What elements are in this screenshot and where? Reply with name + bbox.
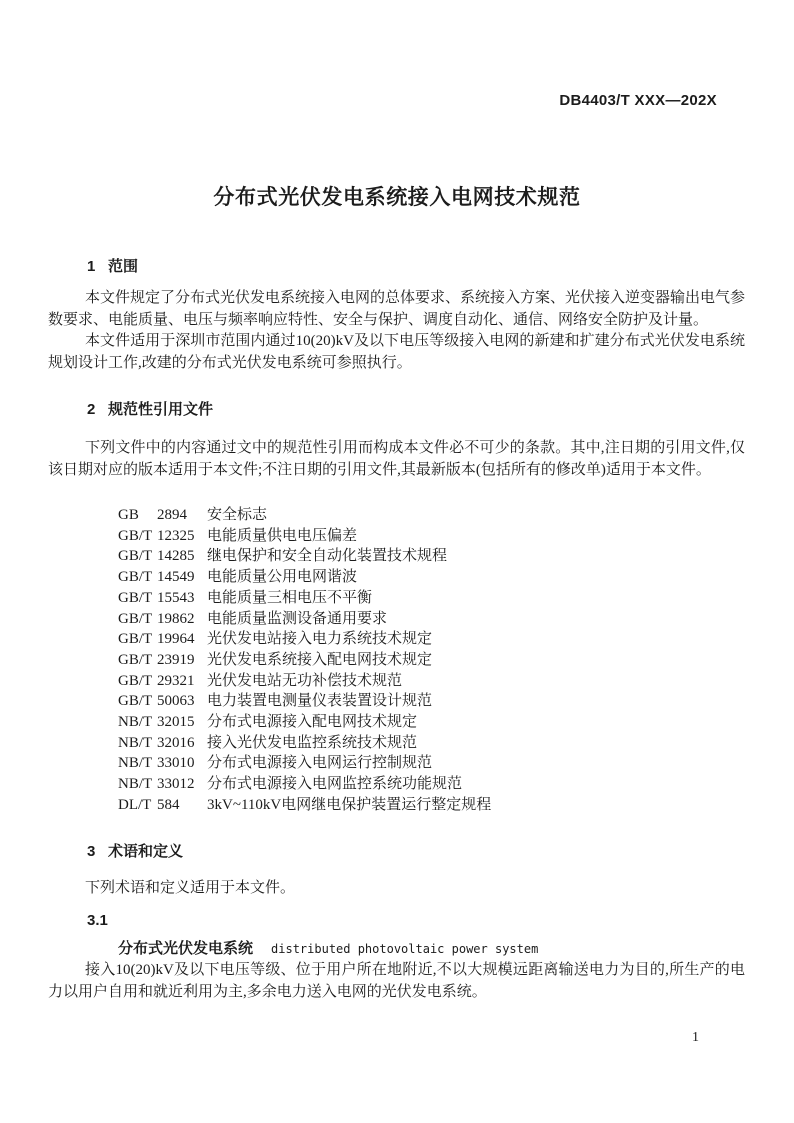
reference-code: NB/T (118, 774, 157, 795)
reference-code: GB/T (118, 671, 157, 692)
reference-title: 电能质量公用电网谐波 (207, 569, 357, 585)
reference-number: 32016 (157, 733, 207, 754)
reference-number: 23919 (157, 650, 207, 671)
term-3-1-number: 3.1 (87, 912, 108, 929)
reference-title: 光伏发电系统接入配电网技术规定 (207, 652, 432, 668)
reference-item: GB/T19862电能质量监测设备通用要求 (118, 609, 748, 630)
reference-item: NB/T33012分布式电源接入电网监控系统功能规范 (118, 774, 748, 795)
section-3-number: 3 (87, 843, 108, 860)
reference-title: 光伏发电站接入电力系统技术规定 (207, 631, 432, 647)
reference-number: 32015 (157, 712, 207, 733)
reference-item: GB/T29321光伏发电站无功补偿技术规范 (118, 671, 748, 692)
reference-code: GB/T (118, 526, 157, 547)
section-3-title: 术语和定义 (108, 843, 183, 860)
reference-code: GB/T (118, 691, 157, 712)
reference-number: 584 (157, 795, 207, 816)
reference-title: 分布式电源接入配电网技术规定 (207, 714, 417, 730)
reference-title: 继电保护和安全自动化装置技术规程 (207, 548, 447, 564)
reference-item: GB/T15543电能质量三相电压不平衡 (118, 588, 748, 609)
reference-item: GB/T12325电能质量供电电压偏差 (118, 526, 748, 547)
reference-number: 19964 (157, 629, 207, 650)
section-3-intro: 下列术语和定义适用于本文件。 (48, 878, 745, 900)
section-1-body: 本文件规定了分布式光伏发电系统接入电网的总体要求、系统接入方案、光伏接入逆变器输… (48, 288, 745, 375)
reference-item: NB/T33010分布式电源接入电网运行控制规范 (118, 753, 748, 774)
term-3-1-definition-block: 接入10(20)kV及以下电压等级、位于用户所在地附近,不以大规模远距离输送电力… (48, 960, 745, 1003)
reference-item: GB/T14285继电保护和安全自动化装置技术规程 (118, 546, 748, 567)
references-intro-paragraph: 下列文件中的内容通过文中的规范性引用而构成本文件必不可少的条款。其中,注日期的引… (48, 437, 745, 481)
reference-code: GB/T (118, 588, 157, 609)
term-chinese: 分布式光伏发电系统 (118, 940, 253, 957)
reference-code: NB/T (118, 753, 157, 774)
reference-code: GB/T (118, 629, 157, 650)
reference-number: 14285 (157, 546, 207, 567)
reference-title: 电能质量供电电压偏差 (207, 528, 357, 544)
scope-paragraph-1: 本文件规定了分布式光伏发电系统接入电网的总体要求、系统接入方案、光伏接入逆变器输… (48, 288, 745, 331)
reference-title: 分布式电源接入电网运行控制规范 (207, 755, 432, 771)
reference-list: GB2894安全标志 GB/T12325电能质量供电电压偏差 GB/T14285… (118, 505, 748, 816)
section-2-title: 规范性引用文件 (108, 401, 213, 418)
reference-title: 接入光伏发电监控系统技术规范 (207, 735, 417, 751)
section-3-heading: 3术语和定义 (87, 840, 183, 861)
reference-code: GB/T (118, 546, 157, 567)
reference-code: GB/T (118, 567, 157, 588)
term-3-1-line: 分布式光伏发电系统distributed photovoltaic power … (118, 937, 538, 958)
reference-code: GB/T (118, 650, 157, 671)
reference-number: 12325 (157, 526, 207, 547)
reference-title: 3kV~110kV电网继电保护装置运行整定规程 (207, 797, 491, 813)
reference-title: 光伏发电站无功补偿技术规范 (207, 673, 402, 689)
reference-title: 电能质量三相电压不平衡 (207, 590, 372, 606)
reference-item: NB/T32015分布式电源接入配电网技术规定 (118, 712, 748, 733)
reference-number: 19862 (157, 609, 207, 630)
term-definition-paragraph: 接入10(20)kV及以下电压等级、位于用户所在地附近,不以大规模远距离输送电力… (48, 960, 745, 1003)
reference-number: 33012 (157, 774, 207, 795)
reference-code: GB/T (118, 609, 157, 630)
reference-item: GB/T19964光伏发电站接入电力系统技术规定 (118, 629, 748, 650)
section-2-number: 2 (87, 401, 108, 418)
reference-code: GB (118, 505, 157, 526)
reference-code: NB/T (118, 733, 157, 754)
reference-item: NB/T32016接入光伏发电监控系统技术规范 (118, 733, 748, 754)
term-english: distributed photovoltaic power system (271, 942, 538, 956)
reference-item: GB/T50063电力装置电测量仪表装置设计规范 (118, 691, 748, 712)
reference-number: 29321 (157, 671, 207, 692)
reference-title: 分布式电源接入电网监控系统功能规范 (207, 776, 462, 792)
section-1-number: 1 (87, 258, 108, 275)
reference-number: 50063 (157, 691, 207, 712)
section-2-heading: 2规范性引用文件 (87, 398, 213, 419)
reference-number: 33010 (157, 753, 207, 774)
section-2-intro: 下列文件中的内容通过文中的规范性引用而构成本文件必不可少的条款。其中,注日期的引… (48, 437, 745, 481)
doc-number: DB4403/T XXX—202X (559, 92, 717, 109)
reference-number: 15543 (157, 588, 207, 609)
reference-title: 电力装置电测量仪表装置设计规范 (207, 693, 432, 709)
reference-number: 14549 (157, 567, 207, 588)
reference-code: NB/T (118, 712, 157, 733)
reference-item: DL/T5843kV~110kV电网继电保护装置运行整定规程 (118, 795, 748, 816)
reference-title: 电能质量监测设备通用要求 (207, 611, 387, 627)
reference-number: 2894 (157, 505, 207, 526)
terms-intro-paragraph: 下列术语和定义适用于本文件。 (48, 878, 745, 900)
reference-title: 安全标志 (207, 507, 267, 523)
section-1-title: 范围 (108, 258, 138, 275)
section-1-heading: 1范围 (87, 255, 138, 276)
page-number: 1 (692, 1030, 699, 1046)
reference-item: GB2894安全标志 (118, 505, 748, 526)
reference-code: DL/T (118, 795, 157, 816)
reference-item: GB/T23919光伏发电系统接入配电网技术规定 (118, 650, 748, 671)
scope-paragraph-2: 本文件适用于深圳市范围内通过10(20)kV及以下电压等级接入电网的新建和扩建分… (48, 331, 745, 374)
reference-item: GB/T14549电能质量公用电网谐波 (118, 567, 748, 588)
document-title: 分布式光伏发电系统接入电网技术规范 (0, 181, 794, 211)
